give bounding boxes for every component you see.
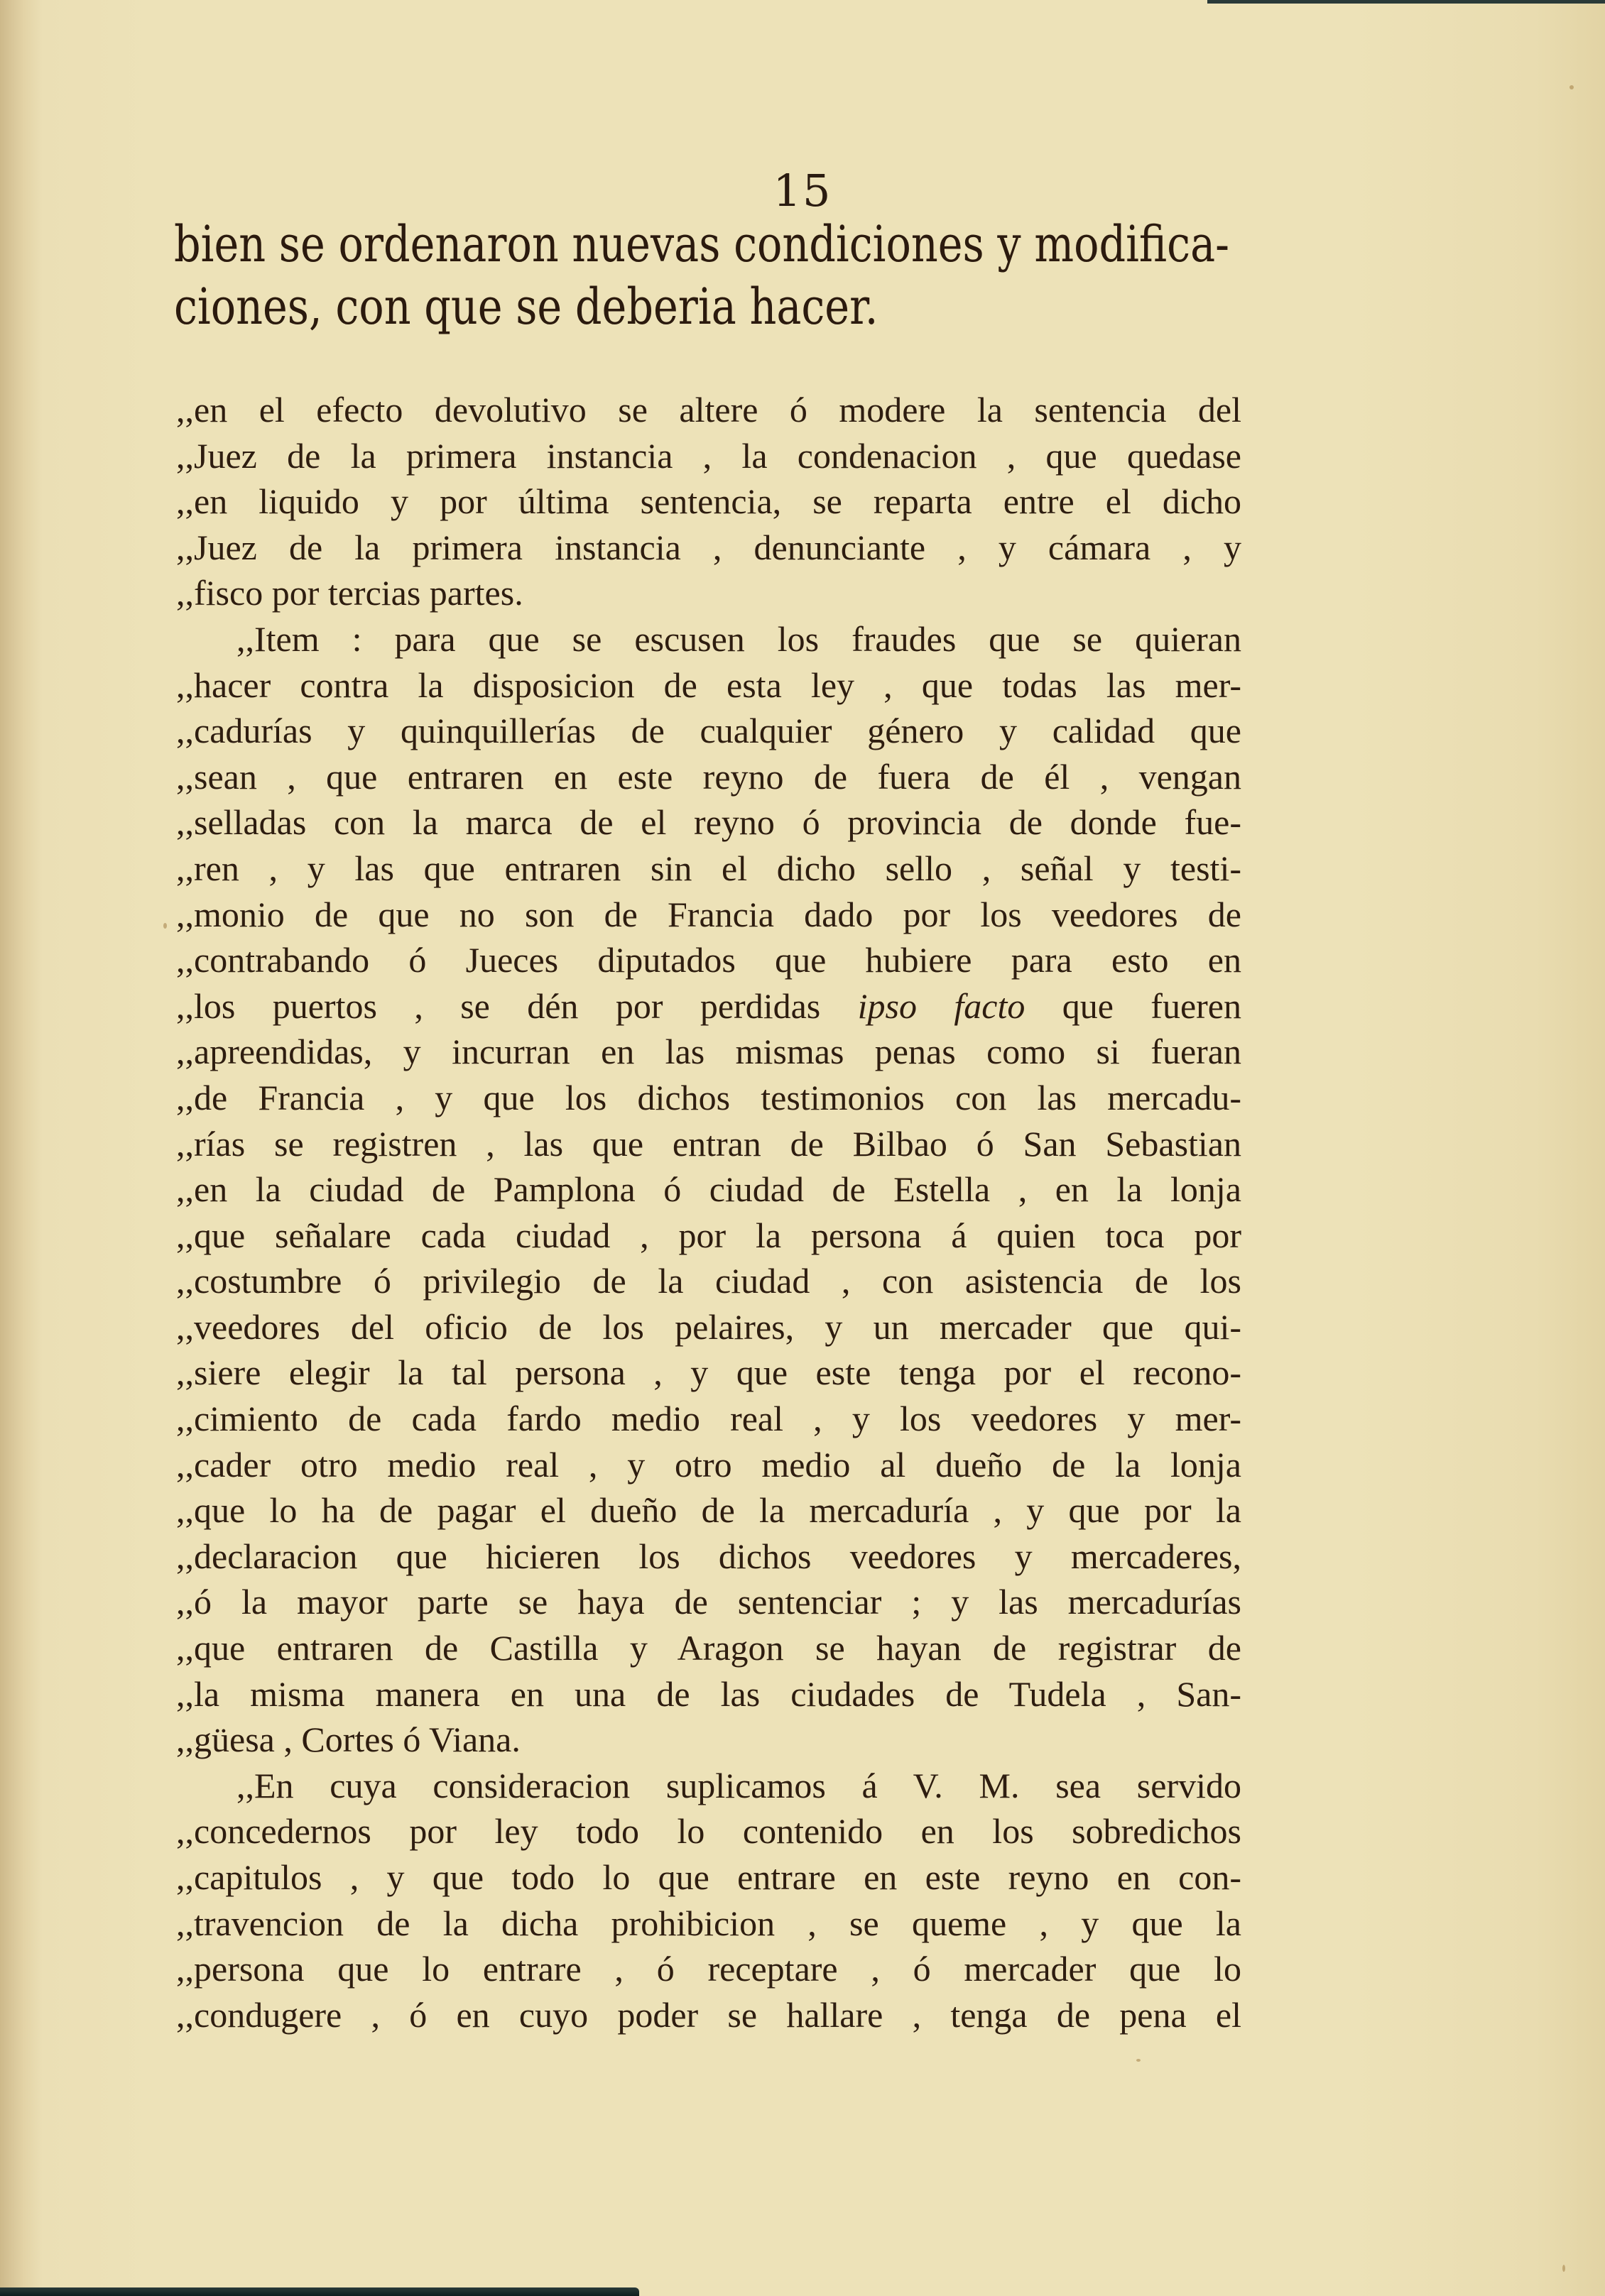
paper-speck <box>163 923 167 929</box>
text-line: ,,Juez de la primera instancia , denunci… <box>176 525 1241 571</box>
paper-speck <box>1569 85 1574 89</box>
text-line: ,,siere elegir la tal persona , y que es… <box>176 1350 1241 1396</box>
text-line: ,,de Francia , y que los dichos testimon… <box>176 1075 1241 1121</box>
text-segment: ,,los puertos , se dén por perdidas <box>176 986 858 1026</box>
text-line: ,,costumbre ó privilegio de la ciudad , … <box>176 1258 1241 1304</box>
text-line: ,,selladas con la marca de el reyno ó pr… <box>176 799 1241 846</box>
text-line: ,,condugere , ó en cuyo poder se hallare… <box>176 1992 1241 2038</box>
italic-phrase: ipso facto <box>858 986 1025 1026</box>
text-line: ,,que señalare cada ciudad , por la pers… <box>176 1213 1241 1259</box>
text-line: ,,ren , y las que entraren sin el dicho … <box>176 846 1241 892</box>
text-line: ,,la misma manera en una de las ciudades… <box>176 1671 1241 1717</box>
text-line: ,,declaracion que hicieren los dichos ve… <box>176 1534 1241 1580</box>
text-line: ,,concedernos por ley todo lo contenido … <box>176 1808 1241 1854</box>
text-line: ,,en la ciudad de Pamplona ó ciudad de E… <box>176 1166 1241 1213</box>
text-line: ,,que lo ha de pagar el dueño de la merc… <box>176 1487 1241 1534</box>
text-line: ,,hacer contra la disposicion de esta le… <box>176 662 1241 709</box>
text-line: ,,sean , que entraren en este reyno de f… <box>176 754 1241 800</box>
text-line: ,,veedores del oficio de los pelaires, y… <box>176 1304 1241 1350</box>
page-heading: bien se ordenaron nuevas condiciones y m… <box>174 213 1104 338</box>
text-line: ,,que entraren de Castilla y Aragon se h… <box>176 1625 1241 1671</box>
text-line: ,,en liquido y por última sentencia, se … <box>176 479 1241 525</box>
paper-speck <box>1562 2265 1565 2272</box>
text-line: ,,travencion de la dicha prohibicion , s… <box>176 1901 1241 1947</box>
text-line: ,,persona que lo entrare , ó receptare ,… <box>176 1946 1241 1992</box>
text-line: ,,Item : para que se escusen los fraudes… <box>176 616 1241 662</box>
text-line: ,,cimiento de cada fardo medio real , y … <box>176 1396 1241 1442</box>
text-line: ,,rías se registren , las que entran de … <box>176 1121 1241 1167</box>
text-line: ,,contrabando ó Jueces diputados que hub… <box>176 937 1241 983</box>
paper-speck <box>1136 2059 1141 2062</box>
text-line: ,,Juez de la primera instancia , la cond… <box>176 433 1241 479</box>
text-line: ,,güesa , Cortes ó Viana. <box>176 1717 1241 1763</box>
text-line: ,,en el efecto devolutivo se altere ó mo… <box>176 387 1241 433</box>
heading-line: ciones, con que se deberia hacer. <box>174 275 1104 338</box>
body-text: ,,en el efecto devolutivo se altere ó mo… <box>176 387 1241 2038</box>
text-line: ,,cader otro medio real , y otro medio a… <box>176 1442 1241 1488</box>
text-line: ,,ó la mayor parte se haya de sentenciar… <box>176 1579 1241 1625</box>
text-segment: que fueren <box>1025 986 1241 1026</box>
text-line: ,,apreendidas, y incurran en las mismas … <box>176 1029 1241 1075</box>
text-line: ,,En cuya consideracion suplicamos á V. … <box>176 1763 1241 1809</box>
page-number: 15 <box>0 165 1605 217</box>
text-line: ,,monio de que no son de Francia dado po… <box>176 892 1241 938</box>
text-line: ,,cadurías y quinquillerías de cualquier… <box>176 708 1241 754</box>
text-line: ,,capitulos , y que todo lo que entrare … <box>176 1854 1241 1901</box>
scanned-page: 15 bien se ordenaron nuevas condiciones … <box>0 0 1605 2296</box>
heading-line: bien se ordenaron nuevas condiciones y m… <box>174 213 1104 275</box>
text-line: ,,los puertos , se dén por perdidas ipso… <box>176 983 1241 1029</box>
text-line: ,,fisco por tercias partes. <box>176 570 1241 616</box>
